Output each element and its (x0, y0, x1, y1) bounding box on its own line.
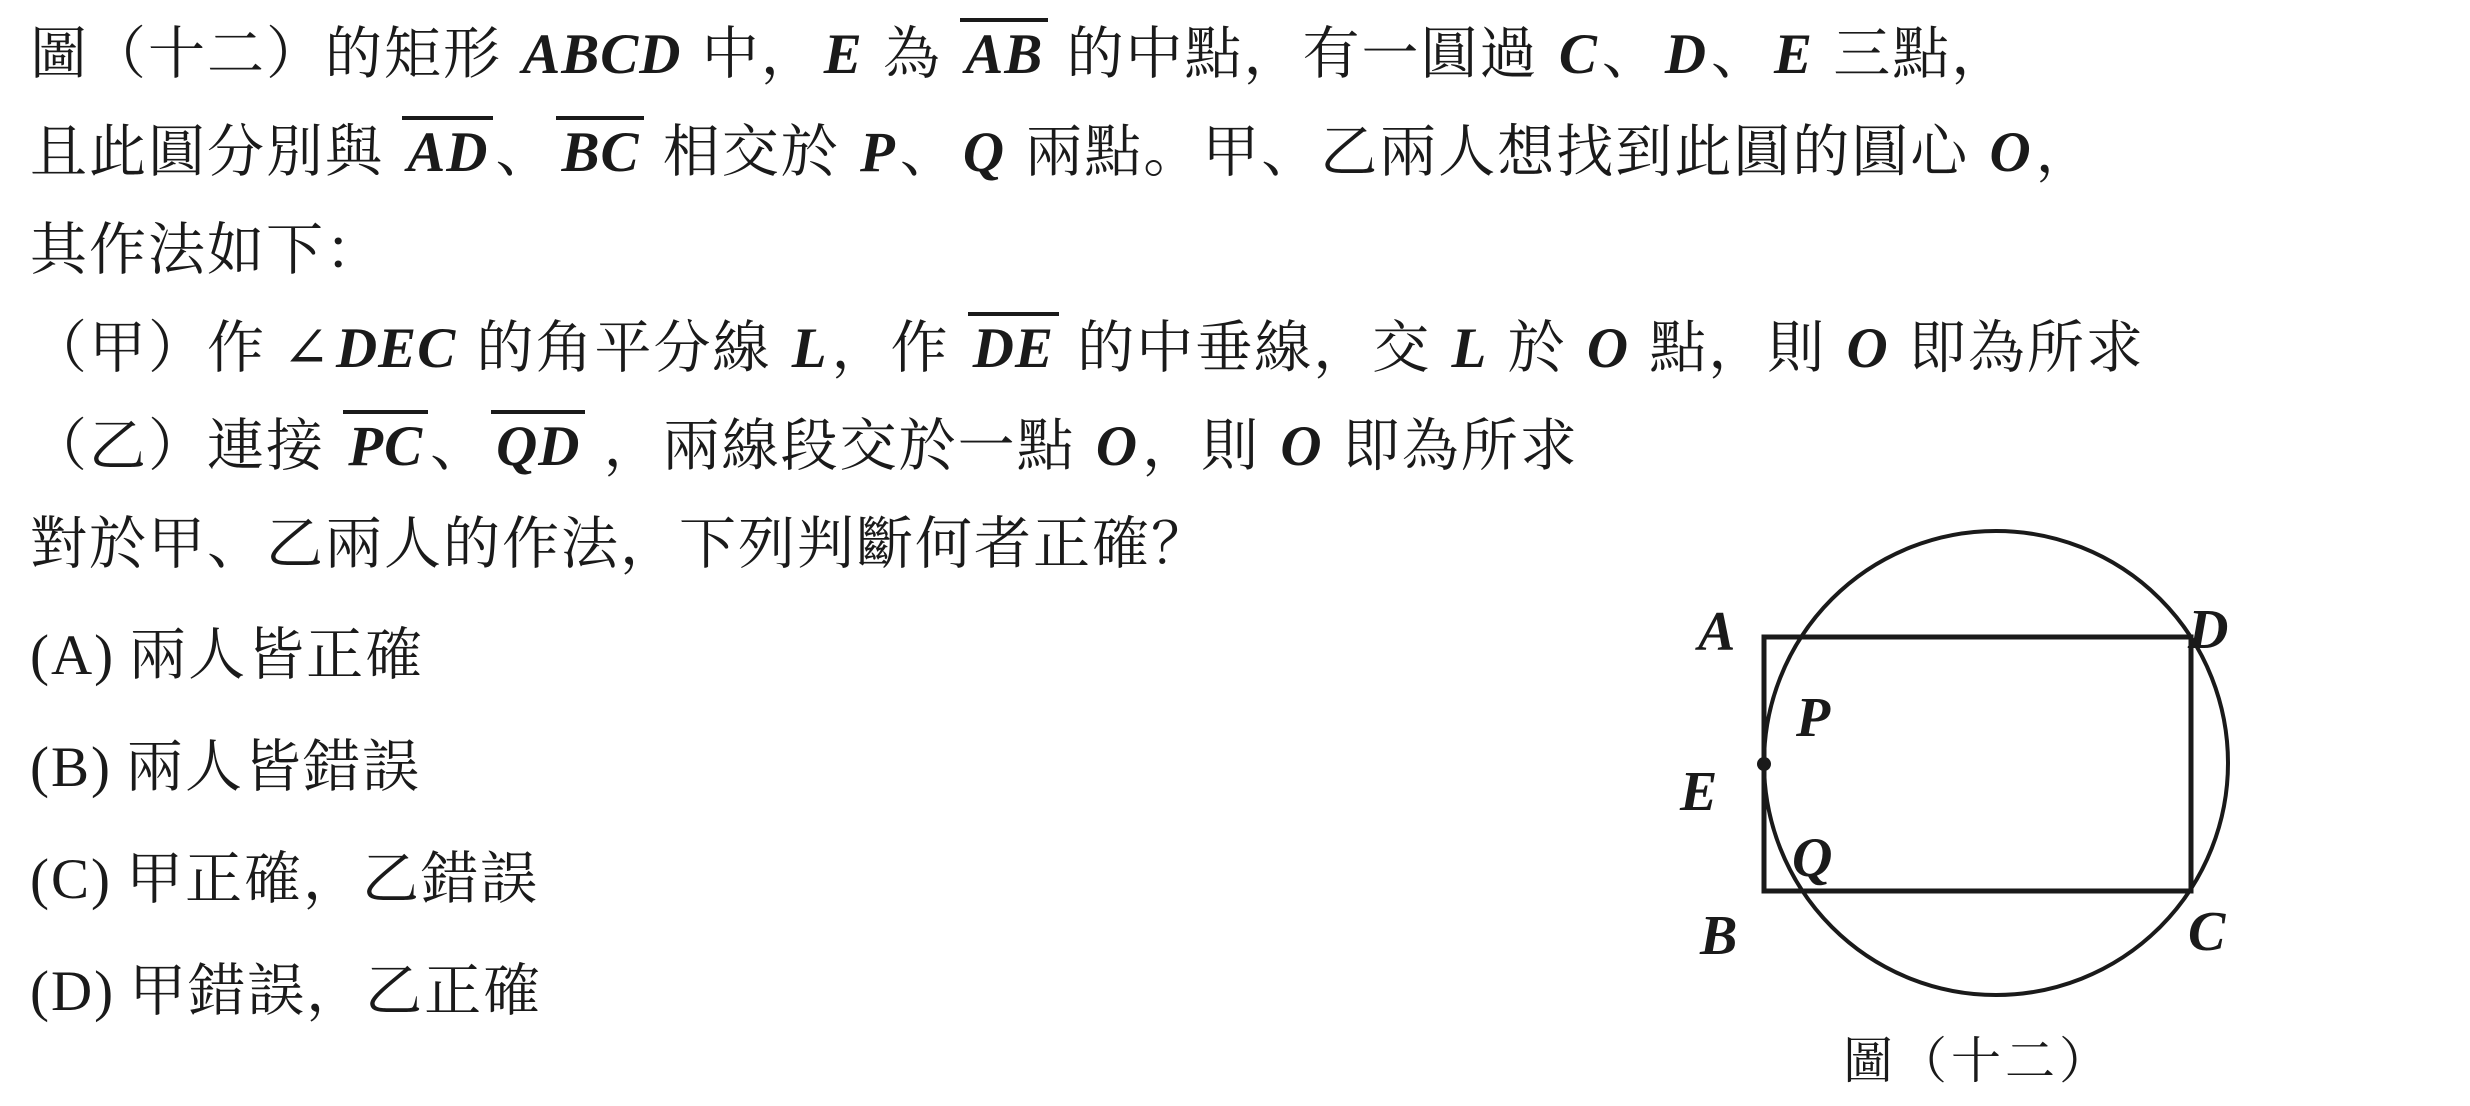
option-text-D: 甲錯誤，乙正確 (129, 960, 542, 1023)
problem-line-3: 其作法如下： (30, 202, 1670, 300)
math-variable: Q (959, 121, 1009, 184)
label-point-b: B (1699, 905, 1737, 967)
option-label-D: (D) (30, 960, 129, 1023)
text-segment: 點，則 (1633, 317, 1843, 380)
text-segment: 、 (495, 121, 554, 184)
label-point-e: E (1679, 761, 1717, 823)
label-point-p: P (1795, 687, 1831, 749)
option-label-A: (A) (30, 624, 129, 687)
text-segment: 的中點，有一圓過 (1050, 23, 1555, 86)
option-label-C: (C) (30, 848, 126, 911)
problem-statement: 圖（十二）的矩形 ABCD 中，E 為 AB 的中點，有一圓過 C、D、E 三點… (30, 6, 1670, 594)
option-text-A: 兩人皆正確 (129, 624, 424, 687)
text-segment: 即為所求 (1327, 415, 1579, 478)
text-segment: 相交於 (646, 121, 856, 184)
math-variable: C (1555, 23, 1602, 86)
math-variable: O (1842, 317, 1892, 380)
math-variable: AD (402, 116, 493, 184)
text-segment: 且此圓分別與 (30, 121, 400, 184)
text-segment: 、 (1711, 23, 1770, 86)
label-point-q: Q (1792, 827, 1832, 889)
text-segment: （乙）連接 (30, 415, 341, 478)
text-segment: 對於甲、乙兩人的作法，下列判斷何者正確？ (30, 513, 1210, 576)
math-variable: AB (960, 18, 1048, 86)
text-segment: 的角平分線 (460, 317, 788, 380)
math-variable: L (1447, 317, 1491, 380)
text-segment: 圖（十二）的矩形 (30, 23, 518, 86)
math-variable: E (1770, 23, 1817, 86)
text-segment: 於 (1491, 317, 1583, 380)
problem-line-4: （甲）作 ∠DEC 的角平分線 L，作 DE 的中垂線，交 L 於 O 點，則 … (30, 300, 1670, 398)
text-segment: 、 (900, 121, 959, 184)
problem-line-5: （乙）連接 PC、QD ，兩線段交於一點 O，則 O 即為所求 (30, 398, 1670, 496)
math-variable: O (1985, 121, 2035, 184)
math-variable: L (788, 317, 832, 380)
option-text-B: 兩人皆錯誤 (126, 736, 421, 799)
math-variable: P (856, 121, 900, 184)
label-point-c: C (2188, 901, 2226, 963)
math-variable: D (1661, 23, 1711, 86)
options-list: (A)兩人皆正確(B)兩人皆錯誤(C)甲正確，乙錯誤(D)甲錯誤，乙正確 (30, 600, 1670, 1048)
math-variable: BC (556, 116, 644, 184)
option-text-C: 甲正確，乙錯誤 (126, 848, 539, 911)
circle-through-cde (1764, 531, 2228, 995)
problem-line-6: 對於甲、乙兩人的作法，下列判斷何者正確？ (30, 496, 1670, 594)
text-segment: ，作 (832, 317, 966, 380)
option-D: (D)甲錯誤，乙正確 (30, 936, 1670, 1048)
option-A: (A)兩人皆正確 (30, 600, 1670, 712)
math-variable: O (1092, 415, 1142, 478)
text-segment: ，兩線段交於一點 (587, 415, 1092, 478)
option-B: (B)兩人皆錯誤 (30, 712, 1670, 824)
math-variable: QD (491, 410, 585, 478)
point-e-dot (1757, 757, 1771, 771)
text-segment: 其作法如下： (30, 219, 384, 282)
math-variable: O (1276, 415, 1326, 478)
text-segment: 為 (867, 23, 959, 86)
math-variable: DE (968, 312, 1059, 380)
text-segment: 、 (1602, 23, 1661, 86)
math-variable: PC (343, 410, 428, 478)
label-point-d: D (2187, 599, 2228, 661)
figure-caption: 圖（十二） (1843, 1033, 2113, 1089)
exam-question-page: 圖（十二）的矩形 ABCD 中，E 為 AB 的中點，有一圓過 C、D、E 三點… (0, 0, 2470, 1106)
geometry-figure: A D B C E P Q 圖（十二） (1660, 498, 2300, 1106)
text-segment: 的中垂線，交 (1061, 317, 1448, 380)
text-segment: 即為所求 (1893, 317, 2145, 380)
text-segment: （甲）作 ∠ (30, 317, 332, 380)
text-segment: ，則 (1142, 415, 1276, 478)
math-variable: E (820, 23, 867, 86)
problem-line-2: 且此圓分別與 AD、BC 相交於 P、Q 兩點。甲、乙兩人想找到此圓的圓心 O， (30, 104, 1670, 202)
label-point-a: A (1695, 601, 1735, 663)
text-segment: ， (2036, 121, 2095, 184)
math-variable: ABCD (518, 23, 685, 86)
math-variable: DEC (332, 317, 460, 380)
text-segment: 三點， (1817, 23, 2010, 86)
math-variable: O (1583, 317, 1633, 380)
option-label-B: (B) (30, 736, 126, 799)
text-segment: 兩點。甲、乙兩人想找到此圓的圓心 (1009, 121, 1986, 184)
option-C: (C)甲正確，乙錯誤 (30, 824, 1670, 936)
text-segment: 中， (685, 23, 819, 86)
text-segment: 、 (430, 415, 489, 478)
problem-line-1: 圖（十二）的矩形 ABCD 中，E 為 AB 的中點，有一圓過 C、D、E 三點… (30, 6, 1670, 104)
